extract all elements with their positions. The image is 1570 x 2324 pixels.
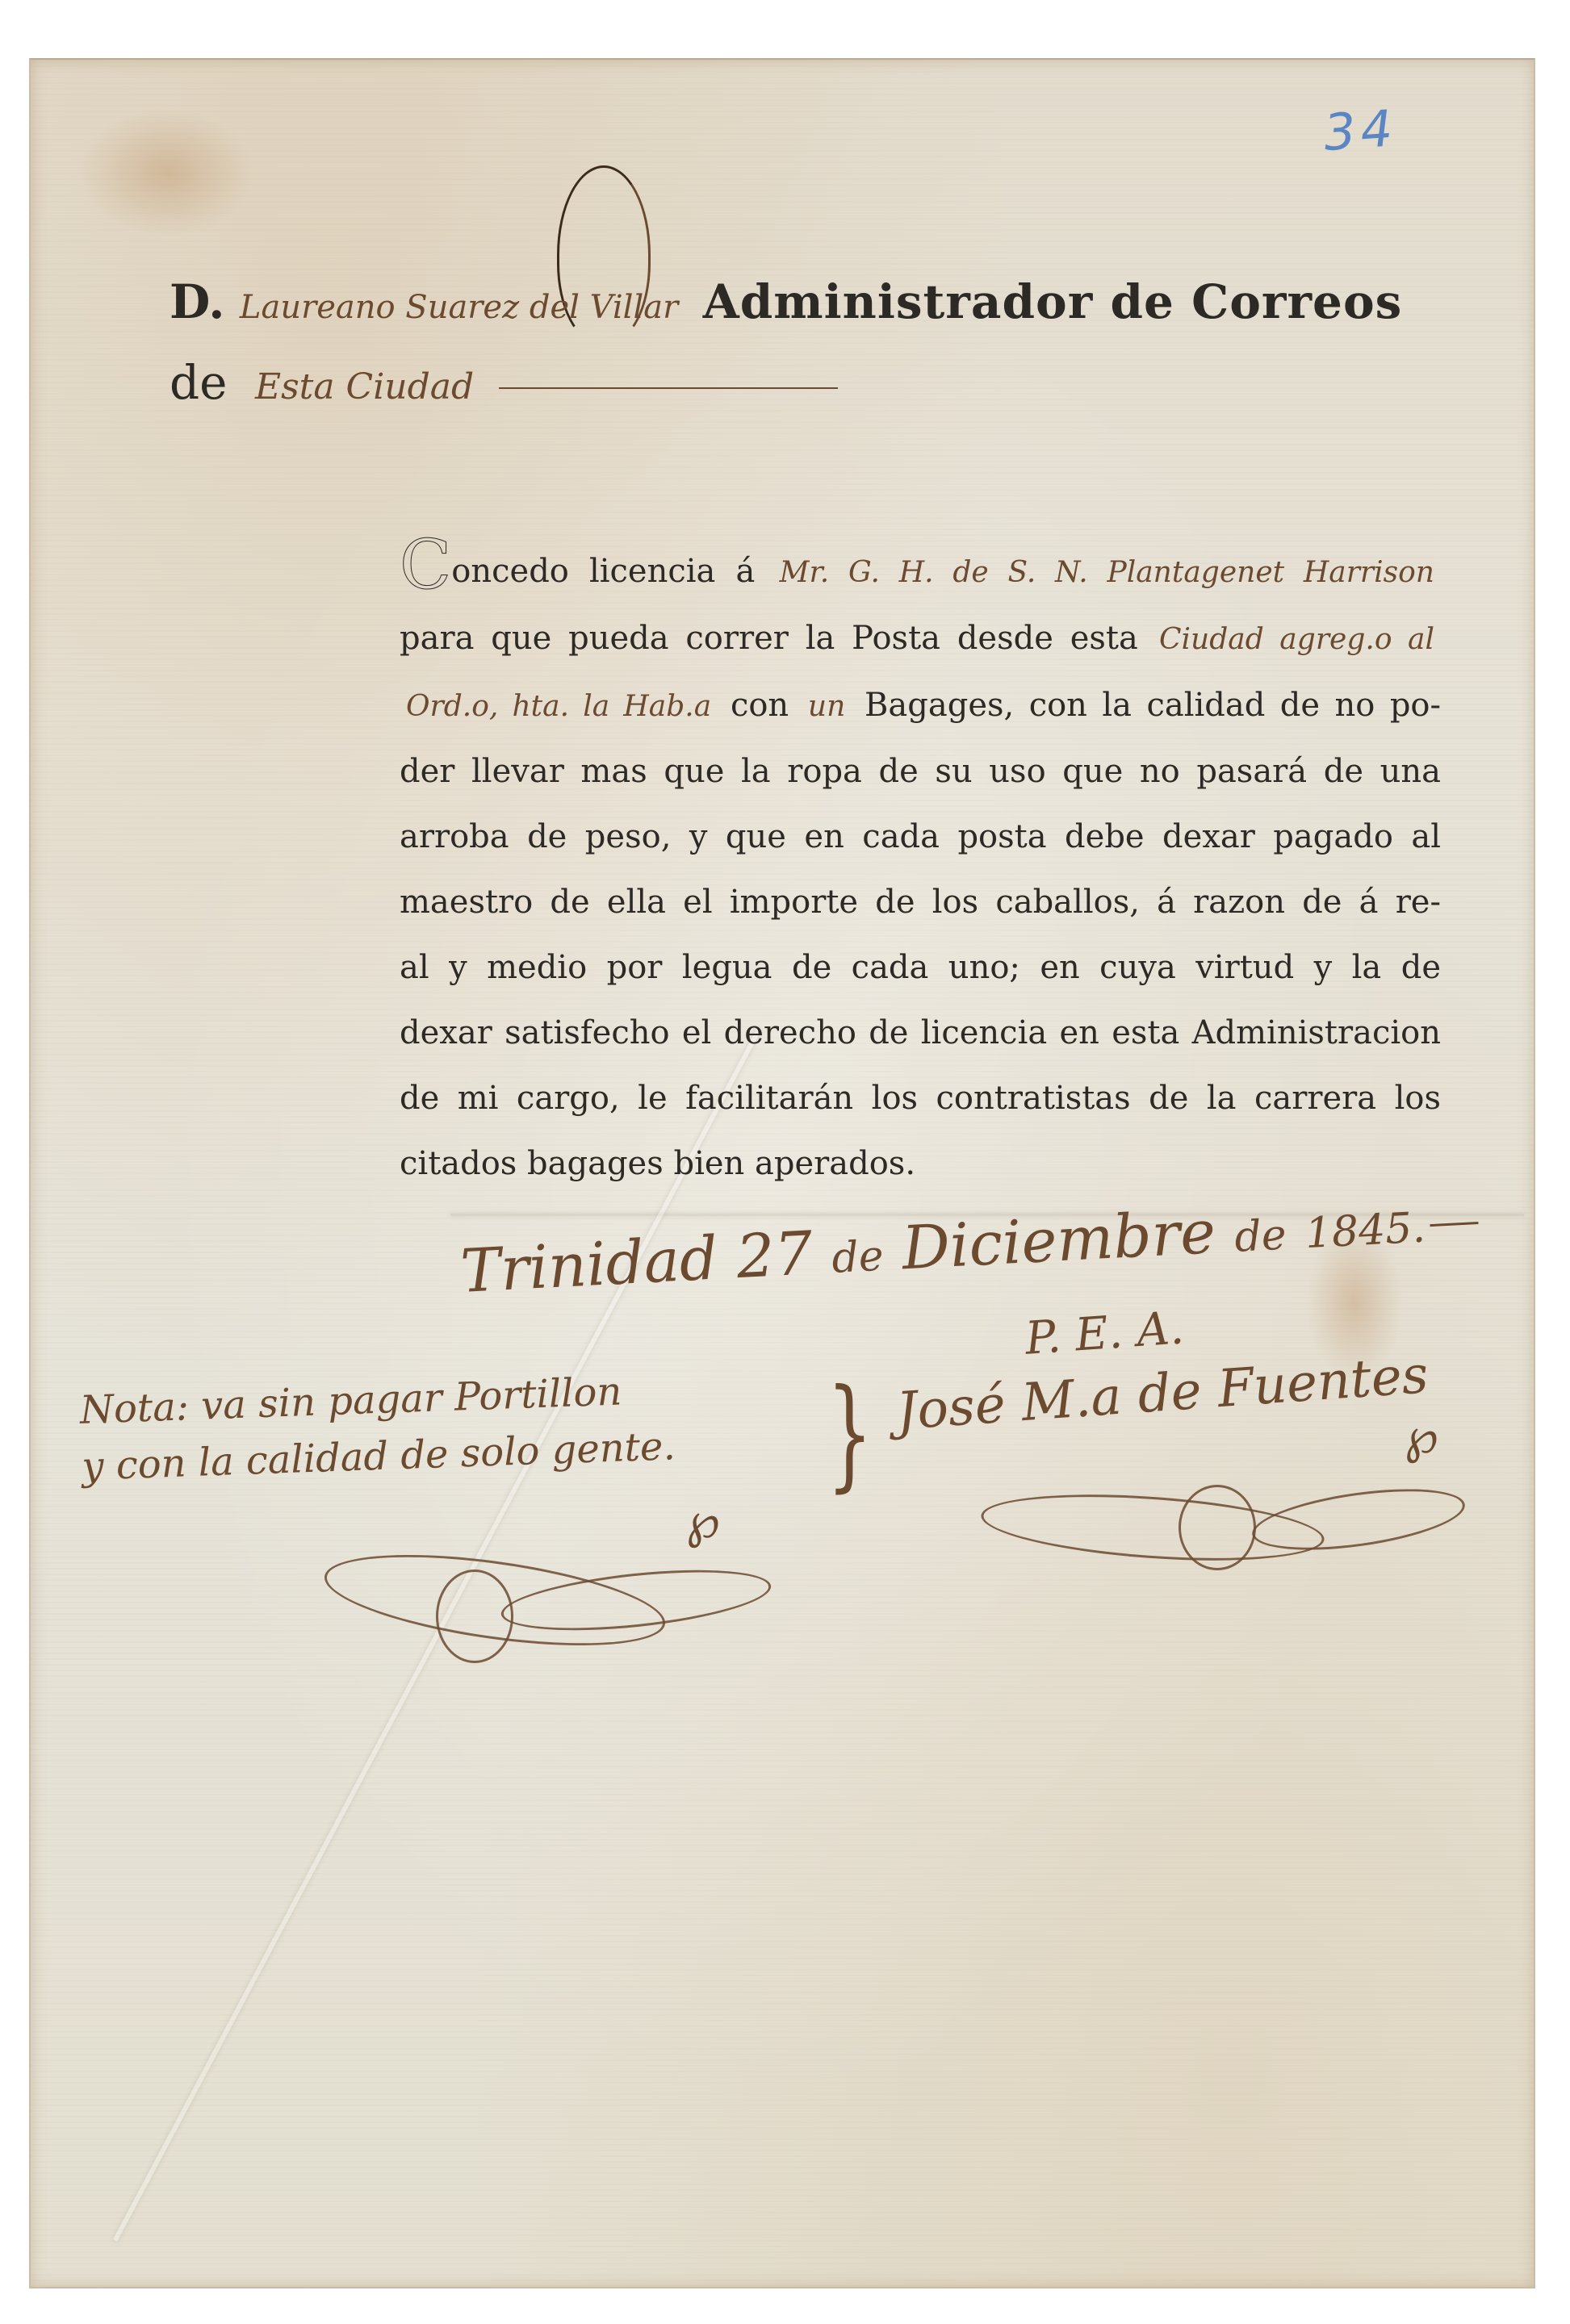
- rubric-mark-icon: ℘: [1405, 1408, 1438, 1465]
- date-de-2: de: [1233, 1210, 1287, 1261]
- route-destination: Ord.o, hta. la Hab.a: [406, 690, 711, 723]
- date-place: Trinidad: [459, 1223, 720, 1306]
- heading-line-1: D. Laureano Suarez del Villar Administra…: [170, 274, 1402, 329]
- printed-text: oncedo licencia á: [451, 553, 755, 590]
- folio-number: 34: [1322, 98, 1400, 162]
- rubric-mark-icon: ℘: [686, 1493, 720, 1549]
- body-line-10: citados bagages bien aperados.: [400, 1131, 1441, 1197]
- diagonal-fold-crease: [113, 1028, 761, 2242]
- title-initial: D.: [170, 274, 224, 329]
- printed-text: con: [731, 687, 789, 724]
- body-line-2: para que pueda correr la Posta desde est…: [400, 605, 1441, 672]
- body-line-3: Ord.o, hta. la Hab.a con un Bagages, con…: [400, 672, 1441, 739]
- printed-text: Bagages, con la calidad de no po-: [865, 687, 1441, 724]
- heading-line-2: de Esta Ciudad: [170, 355, 838, 410]
- heading-prefix: de: [170, 355, 227, 410]
- rubric-loop-right: [1179, 1485, 1256, 1570]
- body-line-1: Concedo licencia á Mr. G. H. de S. N. Pl…: [400, 533, 1441, 605]
- licensee-name: Mr. G. H. de S. N. Plantagenet Harrison: [780, 556, 1434, 589]
- body-line-7: al y medio por legua de cada uno; en cuy…: [400, 935, 1441, 1001]
- marginal-note: Nota: va sin pagar Portillon y con la ca…: [79, 1361, 676, 1495]
- body-line-6: maestro de ella el importe de los caball…: [400, 870, 1441, 935]
- printed-text: para que pueda correr la Posta desde est…: [400, 620, 1138, 657]
- drop-cap: C: [400, 525, 451, 604]
- date-dash: [1430, 1222, 1478, 1227]
- date-de-1: de: [831, 1232, 885, 1283]
- route-origin: Ciudad agreg.o al: [1159, 623, 1434, 656]
- heading-city: Esta Ciudad: [255, 366, 474, 408]
- note-brace: }: [827, 1364, 873, 1504]
- bagage-count: un: [808, 690, 845, 723]
- license-body: Concedo licencia á Mr. G. H. de S. N. Pl…: [400, 533, 1441, 1197]
- official-name: Laureano Suarez del Villar: [240, 289, 678, 326]
- body-line-8: dexar satisfecho el derecho de licencia …: [400, 1001, 1441, 1066]
- closing-abbreviation: P. E. A.: [1024, 1302, 1186, 1365]
- date-day: 27: [735, 1218, 814, 1292]
- body-line-5: arroba de peso, y que en cada posta debe…: [400, 805, 1441, 870]
- body-line-9: de mi cargo, le facilitarán los contrati…: [400, 1066, 1441, 1131]
- body-line-4: der llevar mas que la ropa de su uso que…: [400, 739, 1441, 805]
- fill-rule: [499, 387, 838, 389]
- office-title: Administrador de Correos: [703, 274, 1403, 329]
- foxing-stain: [79, 108, 257, 237]
- date-year: 1845.: [1304, 1203, 1426, 1258]
